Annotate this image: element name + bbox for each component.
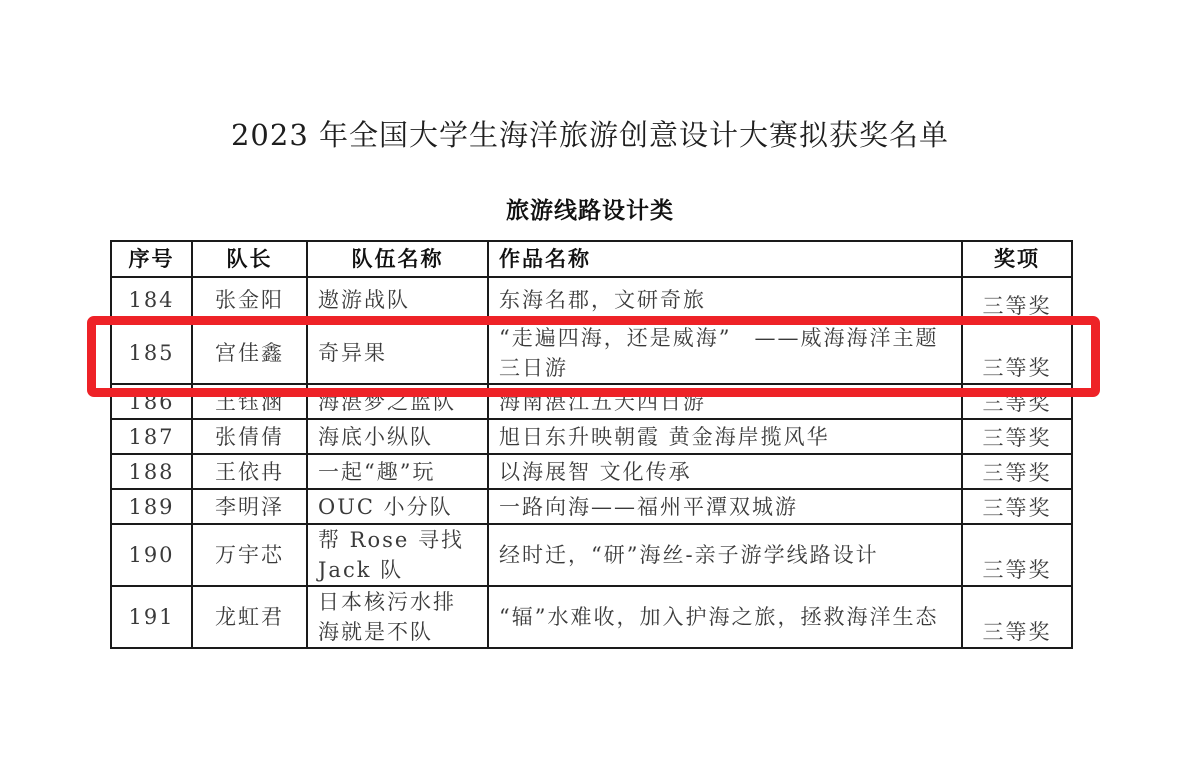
cell-no: 184 (111, 277, 192, 322)
cell-award: 三等奖 (962, 586, 1072, 648)
cell-work: 以海展智 文化传承 (488, 454, 962, 489)
cell-work: 旭日东升映朝霞 黄金海岸揽风华 (488, 419, 962, 454)
cell-no: 187 (111, 419, 192, 454)
header-team: 队伍名称 (307, 241, 488, 277)
awards-table: 序号 队长 队伍名称 作品名称 奖项 184 张金阳 遨游战队 东海名郡，文研奇… (110, 240, 1073, 649)
table-row: 184 张金阳 遨游战队 东海名郡，文研奇旅 三等奖 (111, 277, 1072, 322)
table-row: 191 龙虹君 日本核污水排海就是不队 “辐”水难收，加入护海之旅，拯救海洋生态… (111, 586, 1072, 648)
cell-work: 海南湛江五天四日游 (488, 384, 962, 419)
cell-leader: 张倩倩 (192, 419, 307, 454)
table-header-row: 序号 队长 队伍名称 作品名称 奖项 (111, 241, 1072, 277)
cell-work: “辐”水难收，加入护海之旅，拯救海洋生态 (488, 586, 962, 648)
cell-award: 三等奖 (962, 419, 1072, 454)
cell-award: 三等奖 (962, 489, 1072, 524)
cell-team: 遨游战队 (307, 277, 488, 322)
cell-team: 海湛梦之蓝队 (307, 384, 488, 419)
section-title: 旅游线路设计类 (0, 192, 1180, 225)
header-award: 奖项 (962, 241, 1072, 277)
table-row: 189 李明泽 OUC 小分队 一路向海——福州平潭双城游 三等奖 (111, 489, 1072, 524)
cell-no: 188 (111, 454, 192, 489)
cell-work: “走遍四海，还是威海” ——威海海洋主题三日游 (488, 322, 962, 384)
table-row: 190 万宇芯 帮 Rose 寻找 Jack 队 经时迁，“研”海丝-亲子游学线… (111, 524, 1072, 586)
cell-team: 奇异果 (307, 322, 488, 384)
cell-award: 三等奖 (962, 384, 1072, 419)
header-work: 作品名称 (488, 241, 962, 277)
cell-leader: 王钰涵 (192, 384, 307, 419)
cell-leader: 宫佳鑫 (192, 322, 307, 384)
cell-leader: 万宇芯 (192, 524, 307, 586)
cell-award: 三等奖 (962, 322, 1072, 384)
cell-award: 三等奖 (962, 524, 1072, 586)
table-row-highlighted: 185 宫佳鑫 奇异果 “走遍四海，还是威海” ——威海海洋主题三日游 三等奖 (111, 322, 1072, 384)
header-leader: 队长 (192, 241, 307, 277)
table-row: 187 张倩倩 海底小纵队 旭日东升映朝霞 黄金海岸揽风华 三等奖 (111, 419, 1072, 454)
cell-work: 东海名郡，文研奇旅 (488, 277, 962, 322)
cell-no: 191 (111, 586, 192, 648)
cell-leader: 龙虹君 (192, 586, 307, 648)
cell-team: OUC 小分队 (307, 489, 488, 524)
cell-no: 186 (111, 384, 192, 419)
cell-no: 185 (111, 322, 192, 384)
cell-team: 海底小纵队 (307, 419, 488, 454)
cell-no: 190 (111, 524, 192, 586)
cell-team: 帮 Rose 寻找 Jack 队 (307, 524, 488, 586)
cell-leader: 王依冉 (192, 454, 307, 489)
header-no: 序号 (111, 241, 192, 277)
table-row: 188 王依冉 一起“趣”玩 以海展智 文化传承 三等奖 (111, 454, 1072, 489)
cell-no: 189 (111, 489, 192, 524)
cell-leader: 张金阳 (192, 277, 307, 322)
cell-award: 三等奖 (962, 277, 1072, 322)
cell-work: 一路向海——福州平潭双城游 (488, 489, 962, 524)
cell-award: 三等奖 (962, 454, 1072, 489)
table-row: 186 王钰涵 海湛梦之蓝队 海南湛江五天四日游 三等奖 (111, 384, 1072, 419)
cell-work: 经时迁，“研”海丝-亲子游学线路设计 (488, 524, 962, 586)
cell-leader: 李明泽 (192, 489, 307, 524)
cell-team: 日本核污水排海就是不队 (307, 586, 488, 648)
document-title: 2023 年全国大学生海洋旅游创意设计大赛拟获奖名单 (0, 113, 1180, 154)
cell-team: 一起“趣”玩 (307, 454, 488, 489)
